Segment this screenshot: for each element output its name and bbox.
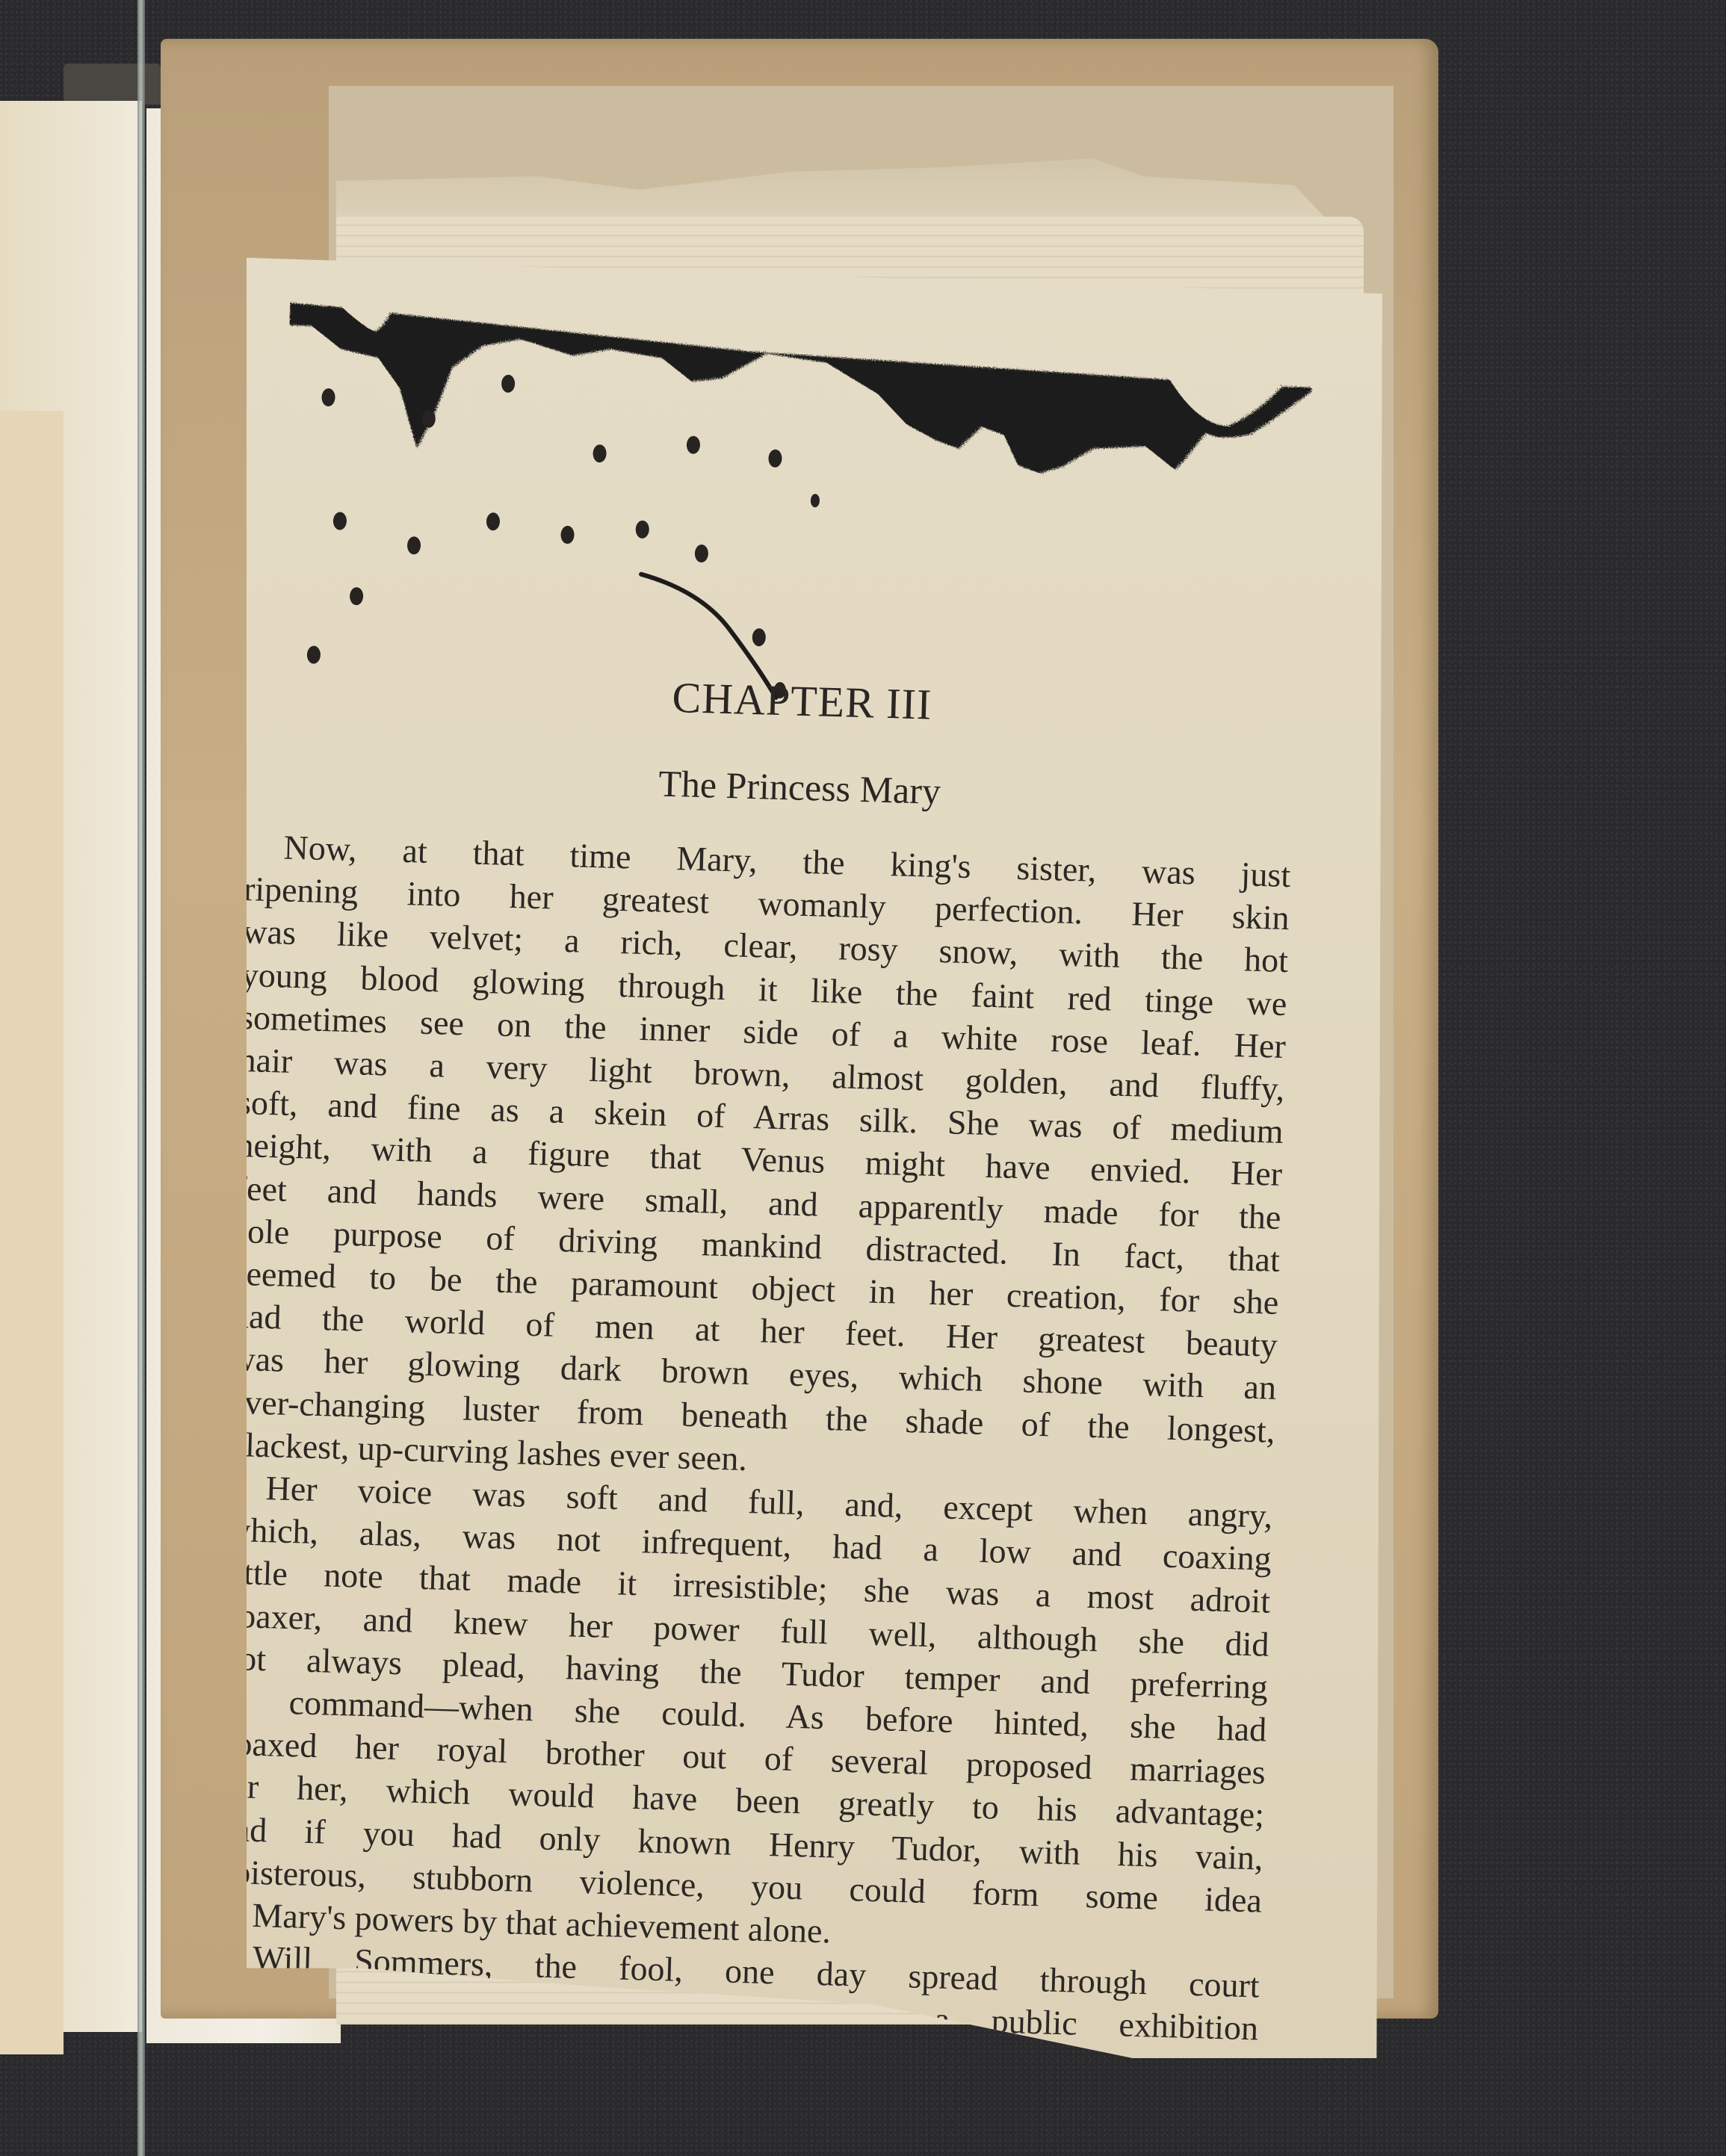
chapter-title: The Princess Mary bbox=[232, 750, 1368, 825]
book-spine-top bbox=[64, 63, 161, 105]
page-content: CHAPTER III The Princess Mary Now, at th… bbox=[197, 242, 1382, 2074]
left-page-tint bbox=[0, 411, 64, 2054]
glass-plate-edge bbox=[137, 0, 145, 2156]
left-facing-page bbox=[0, 101, 142, 2032]
body-text: Now, at that time Mary, the king's siste… bbox=[212, 825, 1291, 2050]
printed-page: CHAPTER III The Princess Mary Now, at th… bbox=[247, 258, 1382, 2058]
chapter-ornament-icon bbox=[279, 295, 1351, 720]
book-photo-scene: CHAPTER III The Princess Mary Now, at th… bbox=[0, 0, 1726, 2156]
